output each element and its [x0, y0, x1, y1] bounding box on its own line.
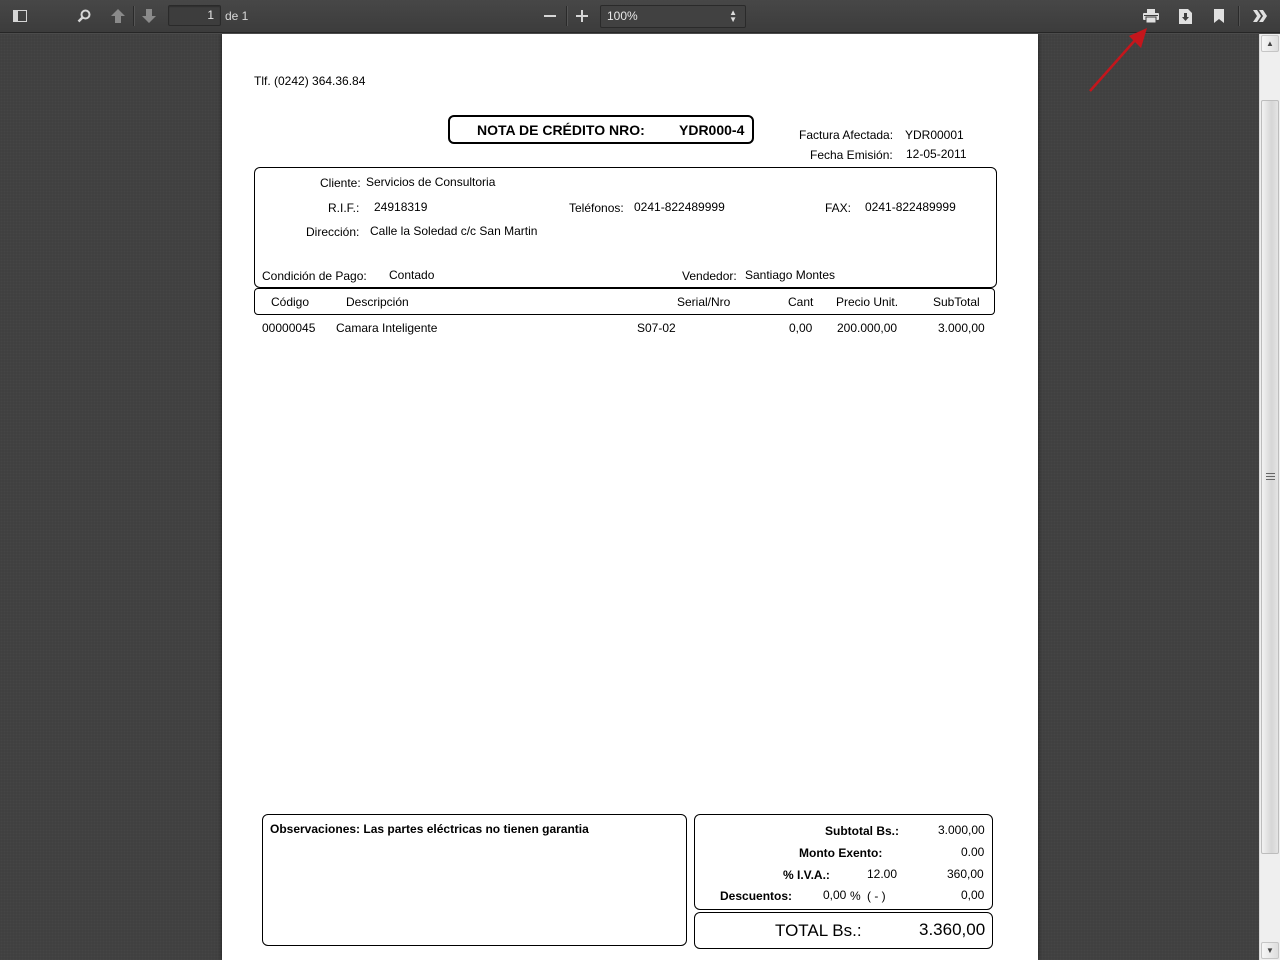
cell-precio: 200.000,00	[837, 321, 897, 335]
zoom-out-button[interactable]	[538, 5, 562, 27]
bookmark-icon	[1214, 9, 1224, 23]
descuentos-pct: %	[850, 889, 861, 903]
download-button[interactable]	[1173, 5, 1197, 27]
col-header-subtotal: SubTotal	[933, 295, 980, 309]
col-header-descripcion: Descripción	[346, 295, 409, 309]
rif-label: R.I.F.:	[328, 201, 359, 215]
cell-codigo: 00000045	[262, 321, 315, 335]
factura-label: Factura Afectada:	[799, 128, 893, 142]
cliente-value: Servicios de Consultoria	[366, 175, 495, 189]
minus-icon	[544, 10, 556, 22]
cell-cant: 0,00	[789, 321, 812, 335]
next-page-button[interactable]	[137, 5, 161, 27]
zoom-select[interactable]: 100% ▲▼	[600, 5, 746, 28]
subtotal-value: 3.000,00	[938, 823, 985, 837]
col-header-precio: Precio Unit.	[836, 295, 898, 309]
bookmark-button[interactable]	[1207, 5, 1231, 27]
pdf-toolbar: 1 de 1 100% ▲▼	[0, 0, 1280, 33]
print-icon	[1143, 9, 1159, 23]
document-viewer: Tlf. (0242) 364.36.84 NOTA DE CRÉDITO NR…	[0, 34, 1259, 960]
telefonos-label: Teléfonos:	[569, 201, 624, 215]
vendedor-value: Santiago Montes	[745, 268, 835, 282]
sidebar-toggle-button[interactable]	[8, 5, 32, 27]
iva-rate: 12.00	[867, 867, 897, 881]
company-phone: Tlf. (0242) 364.36.84	[254, 74, 365, 88]
zoom-value: 100%	[607, 9, 638, 23]
direccion-label: Dirección:	[306, 225, 359, 239]
arrow-up-icon	[111, 9, 125, 23]
find-button[interactable]	[72, 5, 96, 27]
pdf-page: Tlf. (0242) 364.36.84 NOTA DE CRÉDITO NR…	[222, 34, 1038, 960]
scroll-up-button[interactable]: ▲	[1261, 35, 1279, 52]
condicion-value: Contado	[389, 268, 434, 282]
subtotal-label: Subtotal Bs.:	[825, 824, 899, 838]
page-number-input[interactable]: 1	[168, 5, 221, 26]
descuentos-sign: ( - )	[867, 889, 886, 903]
fax-label: FAX:	[825, 201, 851, 215]
tools-chevron-icon	[1253, 10, 1267, 22]
download-icon	[1179, 9, 1192, 24]
cell-subtotal: 3.000,00	[938, 321, 985, 335]
exento-value: 0.00	[961, 845, 984, 859]
col-header-codigo: Código	[271, 295, 309, 309]
search-icon	[77, 9, 91, 23]
tools-button[interactable]	[1248, 5, 1272, 27]
descuentos-label: Descuentos:	[720, 889, 792, 903]
descuentos-value: 0,00	[961, 888, 984, 902]
fax-value: 0241-822489999	[865, 200, 956, 214]
scroll-down-button[interactable]: ▼	[1261, 942, 1279, 959]
observaciones-text: Observaciones: Las partes eléctricas no …	[270, 822, 589, 836]
telefonos-value: 0241-822489999	[634, 200, 725, 214]
toolbar-separator	[566, 6, 567, 26]
exento-label: Monto Exento:	[799, 846, 882, 860]
vendedor-label: Vendedor:	[682, 269, 737, 283]
print-button[interactable]	[1139, 5, 1163, 27]
factura-value: YDR00001	[905, 128, 964, 142]
iva-value: 360,00	[947, 867, 984, 881]
condicion-label: Condición de Pago:	[262, 269, 367, 283]
document-number: YDR000-4	[679, 122, 744, 138]
page-count-label: de 1	[225, 9, 248, 23]
document-title: NOTA DE CRÉDITO NRO:	[477, 122, 645, 138]
plus-icon	[576, 10, 588, 22]
cell-serial: S07-02	[637, 321, 676, 335]
total-value: 3.360,00	[919, 920, 985, 940]
fecha-label: Fecha Emisión:	[810, 148, 893, 162]
cliente-label: Cliente:	[320, 176, 361, 190]
vertical-scrollbar[interactable]: ▲ ▼	[1259, 34, 1280, 960]
arrow-down-icon	[142, 9, 156, 23]
cell-descripcion: Camara Inteligente	[336, 321, 437, 335]
col-header-cant: Cant	[788, 295, 813, 309]
rif-value: 24918319	[374, 200, 427, 214]
sidebar-toggle-icon	[13, 10, 27, 22]
direccion-value: Calle la Soledad c/c San Martin	[370, 224, 537, 238]
grip-icon	[1266, 473, 1275, 474]
fecha-value: 12-05-2011	[906, 147, 967, 161]
descuentos-rate: 0,00	[823, 888, 846, 902]
previous-page-button[interactable]	[106, 5, 130, 27]
scroll-thumb[interactable]	[1261, 100, 1279, 854]
iva-label: % I.V.A.:	[783, 868, 830, 882]
toolbar-separator	[133, 6, 134, 26]
select-arrows-icon: ▲▼	[729, 9, 737, 23]
toolbar-separator	[1238, 6, 1239, 26]
zoom-in-button[interactable]	[570, 5, 594, 27]
col-header-serial: Serial/Nro	[677, 295, 730, 309]
total-label: TOTAL Bs.:	[775, 921, 862, 941]
